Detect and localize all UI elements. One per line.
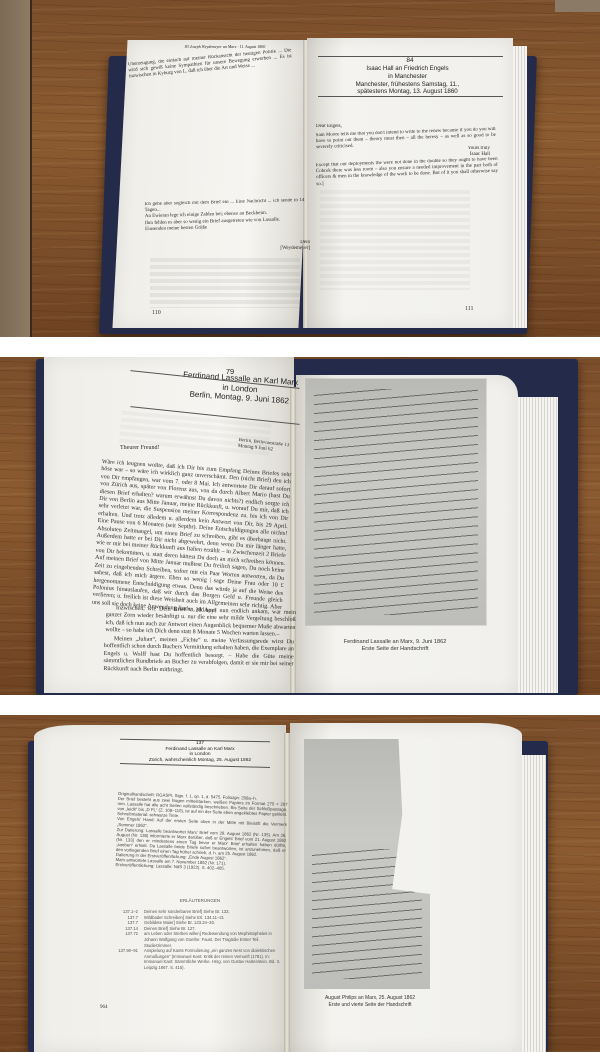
- letter-header: 137 Ferdinand Lassalle an Karl Marx in L…: [120, 741, 280, 763]
- letter-body-para-3: Meinen „Julian“, meinen „Fichte“ u. mein…: [103, 636, 294, 679]
- header-rule-top: [318, 56, 503, 57]
- background-book-spine: [0, 0, 32, 337]
- photo-open-book-1: 83 Joseph Weydemeyer an Marx · 11. Augus…: [0, 0, 600, 337]
- faded-text-block: [320, 190, 470, 290]
- handwriting-lines: [314, 389, 478, 615]
- caption-line: Ferdinand Lassalle an Marx, 9. Juni 1862: [320, 639, 470, 646]
- notes-list: 137.1–2Deinen sehr sonderbaren Brief] Si…: [104, 909, 284, 1004]
- notes-heading: ERLÄUTERUNGEN: [150, 898, 250, 903]
- left-page-body: Überzeugung, die einfach auf meiner Rück…: [128, 48, 304, 212]
- title-line: Isaac Hall an Friedrich Engels: [320, 65, 495, 73]
- background-object: [555, 0, 600, 12]
- title-line: in Manchester: [320, 73, 495, 81]
- caption-line: Erste Seite der Handschrift: [320, 646, 470, 653]
- letter-title: Isaac Hall an Friedrich Engels in Manche…: [320, 65, 495, 96]
- photo-open-book-2: 79 Ferdinand Lassalle an Karl Marx in Lo…: [0, 357, 600, 695]
- salutation: Theurer Freund!: [120, 445, 180, 451]
- page-number-left: 110: [152, 310, 161, 316]
- page-number-right: 111: [465, 306, 474, 312]
- title-line: Zürich, wahrscheinlich Montag, 25. Augus…: [120, 758, 280, 764]
- note-ref: 137.90–91: [104, 948, 138, 970]
- page-edges: [518, 397, 558, 693]
- note-text: Anspielung auf Kants Formulierung „ein g…: [144, 948, 284, 970]
- note-ref: 137.72: [104, 931, 138, 948]
- note-item: 137.72am Leben oder Sterben willen] Rede…: [104, 931, 284, 948]
- signature: Dein [Weydemeyer]: [250, 240, 310, 252]
- letter-body-para-1: Wäre ich leugnen wollte, daß ich Dir bis…: [92, 459, 292, 620]
- letter-body-para-2: Inzwischen, wie Dein Brief v. 28 April n…: [105, 605, 296, 640]
- figure-caption: August Philips an Marx, 25. August 1862 …: [300, 995, 440, 1008]
- letter-number: 84: [330, 57, 490, 64]
- salutation: Dear Engels,: [316, 124, 376, 130]
- header-rule-bottom: [318, 96, 503, 97]
- page-number-left: 964: [100, 1005, 108, 1010]
- signature-line: [Weydemeyer]: [250, 246, 310, 252]
- photo-open-book-3: 137 Ferdinand Lassalle an Karl Marx in L…: [0, 715, 600, 1052]
- figure-caption: Ferdinand Lassalle an Marx, 9. Juni 1862…: [320, 639, 470, 653]
- note-item: 137.90–91Anspielung auf Kants Formulieru…: [104, 948, 284, 970]
- title-line: Manchester, frühestens Samstag, 11.,: [320, 81, 495, 89]
- page-edges: [522, 755, 546, 1052]
- faded-text-block: [150, 258, 300, 308]
- page-edges: [513, 46, 527, 328]
- handwritten-manuscript-image: [306, 379, 486, 625]
- editorial-apparatus: Originalhandschrift: RGASPI, Sign. f. 1,…: [115, 791, 288, 893]
- caption-line: Erste und vierte Seite der Handschrift: [300, 1002, 440, 1009]
- note-text: am Leben oder Sterben willen] Redewendun…: [144, 931, 284, 948]
